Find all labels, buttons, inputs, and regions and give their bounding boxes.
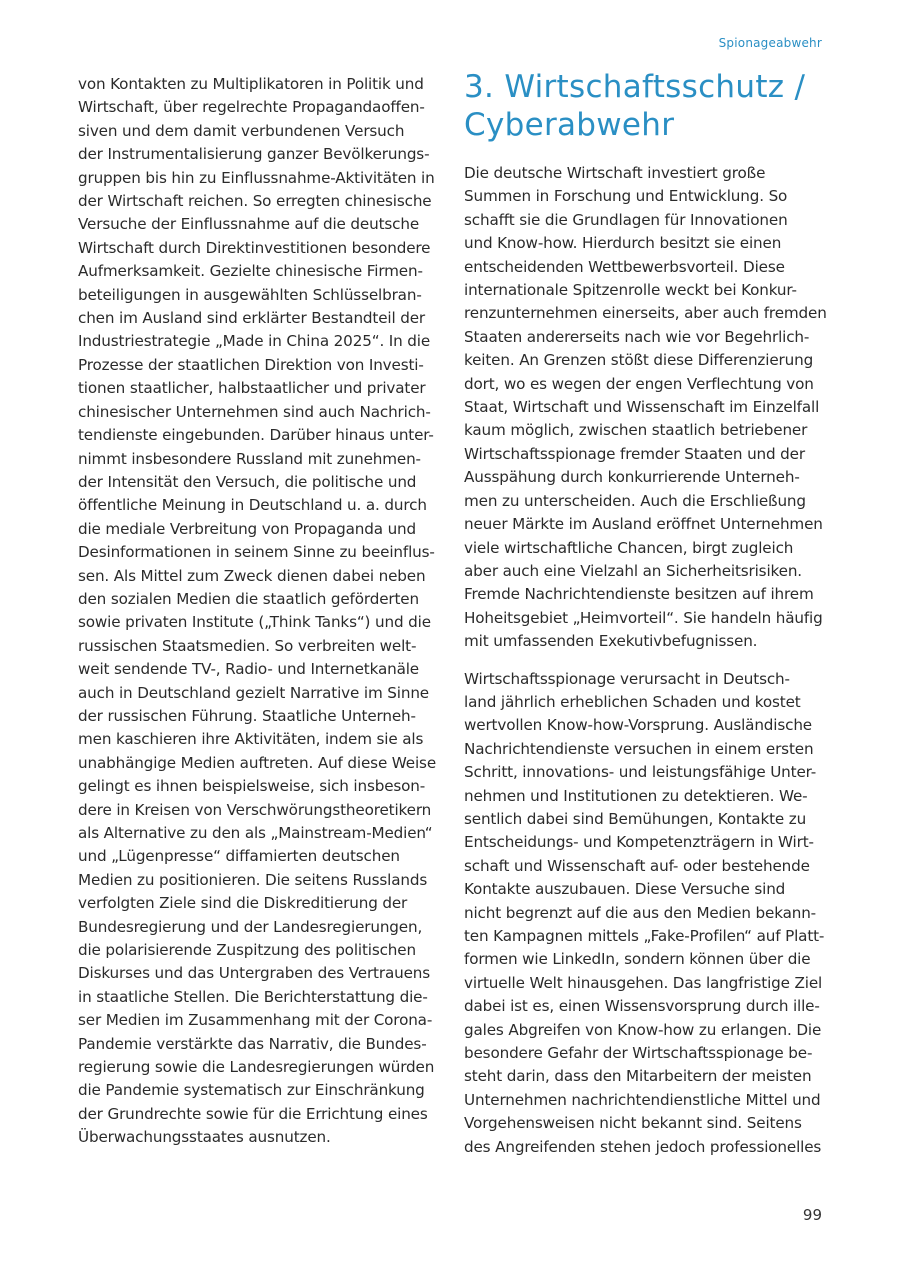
text-line: besondere Gefahr der Wirtschaftsspionage… [464,1042,834,1065]
text-line: gales Abgreifen von Know-how zu erlangen… [464,1019,834,1042]
body-paragraph: Die deutsche Wirtschaft investiert große… [464,162,834,654]
text-line: mit umfassenden Exekutivbefugnissen. [464,630,834,653]
text-line: in staatliche Stellen. Die Berichterstat… [78,986,448,1009]
text-line: Ausspähung durch konkurrierende Unterneh… [464,466,834,489]
text-line: aber auch eine Vielzahl an Sicherheitsri… [464,560,834,583]
text-line: neuer Märkte im Ausland eröffnet Unterne… [464,513,834,536]
text-line: Überwachungsstaates ausnutzen. [78,1126,448,1149]
text-line: Schritt, innovations- und leistungsfähig… [464,761,834,784]
left-column: von Kontakten zu Multiplikatoren in Poli… [78,73,448,1164]
heading-line: 3. Wirtschaftsschutz / [464,68,834,106]
text-line: Die deutsche Wirtschaft investiert große [464,162,834,185]
heading-line: Cyberabwehr [464,106,834,144]
text-line: formen wie LinkedIn, sondern können über… [464,948,834,971]
text-line: keiten. An Grenzen stößt diese Differenz… [464,349,834,372]
text-line: die Pandemie systematisch zur Einschränk… [78,1079,448,1102]
text-line: Pandemie verstärkte das Narrativ, die Bu… [78,1033,448,1056]
text-line: internationale Spitzenrolle weckt bei Ko… [464,279,834,302]
text-line: dort, wo es wegen der engen Verflechtung… [464,373,834,396]
text-line: ser Medien im Zusammenhang mit der Coron… [78,1009,448,1032]
text-line: Staaten andererseits nach wie vor Begehr… [464,326,834,349]
text-line: chinesischer Unternehmen sind auch Nachr… [78,401,448,424]
text-line: Medien zu positionieren. Die seitens Rus… [78,869,448,892]
text-line: ten Kampagnen mittels „Fake-Profilen“ au… [464,925,834,948]
text-line: Hoheitsgebiet „Heimvorteil“. Sie handeln… [464,607,834,630]
text-line: Fremde Nachrichtendienste besitzen auf i… [464,583,834,606]
text-line: die polarisierende Zuspitzung des politi… [78,939,448,962]
text-line: renzunternehmen einerseits, aber auch fr… [464,302,834,325]
text-line: der Instrumentalisierung ganzer Bevölker… [78,143,448,166]
text-line: Prozesse der staatlichen Direktion von I… [78,354,448,377]
text-line: von Kontakten zu Multiplikatoren in Poli… [78,73,448,96]
text-line: der Grundrechte sowie für die Errichtung… [78,1103,448,1126]
text-line: regierung sowie die Landesregierungen wü… [78,1056,448,1079]
text-line: wertvollen Know-how-Vorsprung. Ausländis… [464,714,834,737]
text-line: Vorgehensweisen nicht bekannt sind. Seit… [464,1112,834,1135]
text-line: siven und dem damit verbundenen Versuch [78,120,448,143]
text-line: öffentliche Meinung in Deutschland u. a.… [78,494,448,517]
text-line: Staat, Wirtschaft und Wissenschaft im Ei… [464,396,834,419]
text-line: Nachrichtendienste versuchen in einem er… [464,738,834,761]
text-line: Versuche der Einflussnahme auf die deuts… [78,213,448,236]
text-line: Entscheidungs- und Kompetenzträgern in W… [464,831,834,854]
text-line: verfolgten Ziele sind die Diskreditierun… [78,892,448,915]
text-line: dabei ist es, einen Wissensvorsprung dur… [464,995,834,1018]
text-line: und Know-how. Hierdurch besitzt sie eine… [464,232,834,255]
text-line: Desinformationen in seinem Sinne zu beei… [78,541,448,564]
text-line: chen im Ausland sind erklärter Bestandte… [78,307,448,330]
text-line: gelingt es ihnen beispielsweise, sich in… [78,775,448,798]
text-line: kaum möglich, zwischen staatlich betrieb… [464,419,834,442]
text-line: des Angreifenden stehen jedoch professio… [464,1136,834,1159]
text-line: nimmt insbesondere Russland mit zunehmen… [78,448,448,471]
text-line: als Alternative zu den als „Mainstream-M… [78,822,448,845]
text-line: russischen Staatsmedien. So verbreiten w… [78,635,448,658]
text-line: Kontakte auszubauen. Diese Versuche sind [464,878,834,901]
text-line: den sozialen Medien die staatlich geförd… [78,588,448,611]
text-line: Wirtschaft durch Direktinvestitionen bes… [78,237,448,260]
text-line: Bundesregierung und der Landesregierunge… [78,916,448,939]
text-line: und „Lügenpresse“ diffamierten deutschen [78,845,448,868]
text-line: tionen staatlicher, halbstaatlicher und … [78,377,448,400]
text-line: nehmen und Institutionen zu detektieren.… [464,785,834,808]
section-heading: 3. Wirtschaftsschutz / Cyberabwehr [464,68,834,144]
text-line: dere in Kreisen von Verschwörungstheoret… [78,799,448,822]
text-line: Aufmerksamkeit. Gezielte chinesische Fir… [78,260,448,283]
text-line: der Wirtschaft reichen. So erregten chin… [78,190,448,213]
text-line: viele wirtschaftliche Chancen, birgt zug… [464,537,834,560]
text-line: tendienste eingebunden. Darüber hinaus u… [78,424,448,447]
text-line: unabhängige Medien auftreten. Auf diese … [78,752,448,775]
text-line: men zu unterscheiden. Auch die Erschließ… [464,490,834,513]
text-line: entscheidenden Wettbewerbsvorteil. Diese [464,256,834,279]
page-number: 99 [803,1206,822,1224]
body-paragraph: Wirtschaftsspionage verursacht in Deutsc… [464,668,834,1160]
text-line: Wirtschaftsspionage verursacht in Deutsc… [464,668,834,691]
text-line: nicht begrenzt auf die aus den Medien be… [464,902,834,925]
text-line: land jährlich erheblichen Schaden und ko… [464,691,834,714]
text-line: schafft sie die Grundlagen für Innovatio… [464,209,834,232]
text-line: die mediale Verbreitung von Propaganda u… [78,518,448,541]
text-line: beteiligungen in ausgewählten Schlüsselb… [78,284,448,307]
text-line: men kaschieren ihre Aktivitäten, indem s… [78,728,448,751]
text-line: sen. Als Mittel zum Zweck dienen dabei n… [78,565,448,588]
body-paragraph: von Kontakten zu Multiplikatoren in Poli… [78,73,448,1150]
text-line: sowie privaten Institute („Think Tanks“)… [78,611,448,634]
text-line: der Intensität den Versuch, die politisc… [78,471,448,494]
text-line: Unternehmen nachrichtendienstliche Mitte… [464,1089,834,1112]
text-line: gruppen bis hin zu Einflussnahme-Aktivit… [78,167,448,190]
running-header: Spionageabwehr [719,36,822,50]
text-line: virtuelle Welt hinausgehen. Das langfris… [464,972,834,995]
text-line: Industriestrategie „Made in China 2025“.… [78,330,448,353]
text-line: sentlich dabei sind Bemühungen, Kontakte… [464,808,834,831]
text-line: Summen in Forschung und Entwicklung. So [464,185,834,208]
text-line: auch in Deutschland gezielt Narrative im… [78,682,448,705]
text-line: steht darin, dass den Mitarbeitern der m… [464,1065,834,1088]
text-line: der russischen Führung. Staatliche Unter… [78,705,448,728]
text-line: weit sendende TV-, Radio- und Internetka… [78,658,448,681]
right-column: 3. Wirtschaftsschutz / Cyberabwehr Die d… [464,68,834,1173]
text-line: schaft und Wissenschaft auf- oder besteh… [464,855,834,878]
text-line: Wirtschaft, über regelrechte Propagandao… [78,96,448,119]
text-line: Wirtschaftsspionage fremder Staaten und … [464,443,834,466]
text-line: Diskurses und das Untergraben des Vertra… [78,962,448,985]
